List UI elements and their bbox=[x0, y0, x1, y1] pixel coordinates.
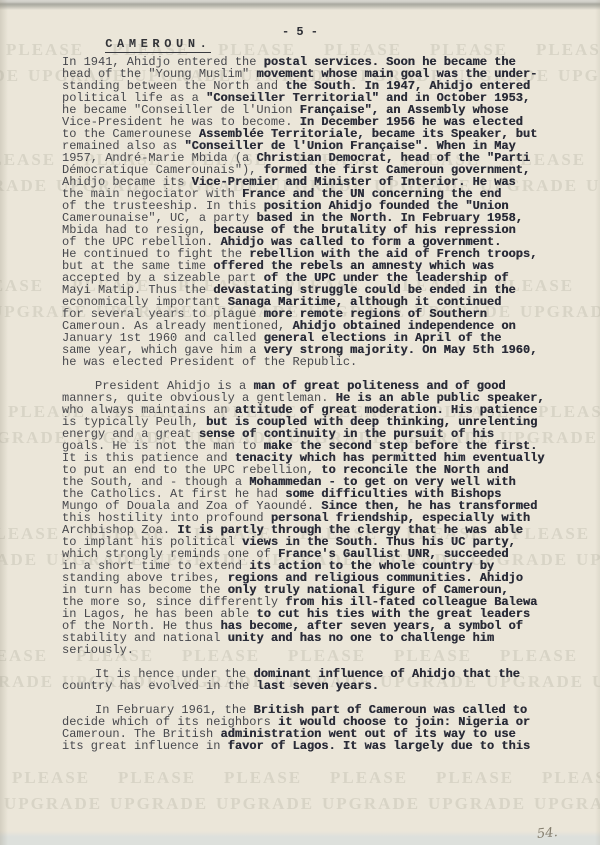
watermark-text: UPGRADE bbox=[534, 794, 600, 814]
text-segment-bold: favor of Lagos. It was largely due to th… bbox=[228, 739, 530, 753]
watermark-text: UPGRADE bbox=[4, 794, 102, 814]
watermark-text: PLEASE bbox=[0, 524, 60, 544]
text-segment: seriously. bbox=[62, 643, 134, 657]
watermark-text: UPGRADE bbox=[0, 428, 68, 448]
paragraph: In 1941, Ahidjo entered the postal servi… bbox=[62, 56, 586, 368]
watermark-text: UPGRADE bbox=[110, 794, 208, 814]
document-header: CAMEROUN. - 5 - bbox=[62, 26, 586, 38]
text-segment-bold: unity and has no one to challenge him bbox=[228, 631, 494, 645]
text-line: stability and national unity and has no … bbox=[62, 632, 586, 644]
watermark-text: UPGRADE bbox=[322, 794, 420, 814]
scan-edge-top bbox=[0, 0, 600, 10]
document-content: CAMEROUN. - 5 - In 1941, Ahidjo entered … bbox=[62, 26, 586, 752]
text-segment: he was elected President of the Republic… bbox=[62, 355, 357, 369]
text-line: country has evolved in the last seven ye… bbox=[62, 680, 586, 692]
text-line: seriously. bbox=[62, 644, 586, 656]
watermark-text: PLEASE bbox=[330, 768, 408, 788]
page-number: - 5 - bbox=[282, 26, 318, 38]
body-text: In 1941, Ahidjo entered the postal servi… bbox=[62, 56, 586, 752]
text-segment: its great influence in bbox=[62, 739, 228, 753]
watermark-text: UPGRADE bbox=[216, 794, 314, 814]
paragraph: It is hence under the dominant influence… bbox=[62, 668, 586, 692]
text-segment-bold: last seven years. bbox=[256, 679, 378, 693]
watermark-text: UPGRADE bbox=[428, 794, 526, 814]
paragraph: In February 1961, the British part of Ca… bbox=[62, 704, 586, 752]
scan-edge-right bbox=[595, 0, 600, 845]
watermark-text: UPGRADE bbox=[0, 672, 54, 692]
pencil-page-number: 54. bbox=[536, 825, 558, 842]
scan-edge-left bbox=[0, 0, 8, 845]
section-title: CAMEROUN. bbox=[105, 37, 211, 53]
scan-edge-bottom bbox=[0, 831, 600, 845]
paragraph: President Ahidjo is a man of great polit… bbox=[62, 380, 586, 656]
watermark-text: PLEASE bbox=[436, 768, 514, 788]
watermark-text: PLEASE bbox=[542, 768, 600, 788]
text-line: its great influence in favor of Lagos. I… bbox=[62, 740, 586, 752]
scanned-document-page: PLEASEPLEASEPLEASEPLEASEPLEASEPLEASEPLEA… bbox=[0, 0, 600, 845]
watermark-text: PLEASE bbox=[0, 150, 56, 170]
watermark-text: PLEASE bbox=[12, 768, 90, 788]
watermark-text: PLEASE bbox=[224, 768, 302, 788]
watermark-text: PLEASE bbox=[118, 768, 196, 788]
text-segment: country has evolved in the bbox=[62, 679, 256, 693]
text-line: he was elected President of the Republic… bbox=[62, 356, 586, 368]
